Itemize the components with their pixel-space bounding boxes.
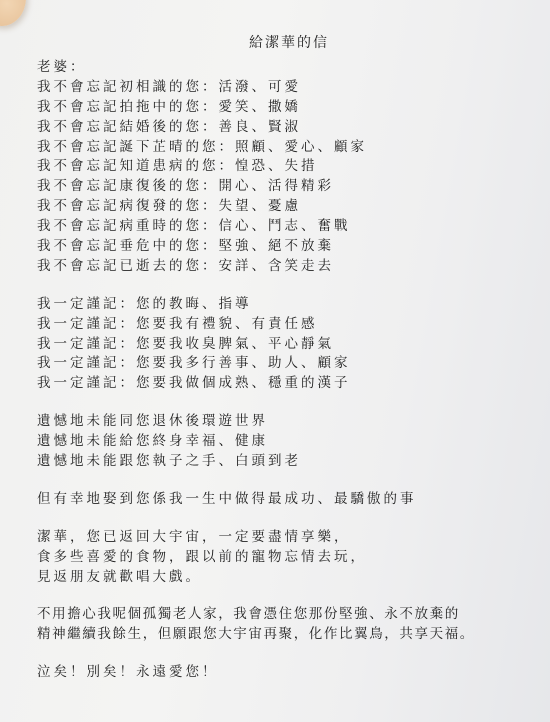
paragraph-gap	[37, 645, 542, 663]
paragraph-gap	[37, 472, 542, 490]
regret-line: 遺憾地未能同您退休後環遊世界	[37, 412, 542, 432]
remember-line: 我不會忘記結婚後的您：善良、賢淑	[37, 118, 542, 138]
wish-line: 潔華，您已返回大宇宙，一定要盡情享樂，	[37, 528, 542, 548]
paragraph-gap	[37, 394, 542, 412]
promise-section: 不用擔心我呢個孤獨老人家，我會憑住您那份堅強、永不放棄的 精神繼續我餘生，但願跟…	[37, 605, 542, 645]
fortune-line: 但有幸地娶到您係我一生中做得最成功、最驕傲的事	[37, 490, 542, 510]
remember-line: 我不會忘記康復後的您：開心、活得精彩	[37, 177, 542, 197]
wish-line: 見返朋友就歡唱大戲。	[37, 568, 542, 588]
remember-section: 我不會忘記初相識的您：活潑、可愛 我不會忘記拍拖中的您：愛笑、撒嬌 我不會忘記結…	[37, 78, 542, 277]
remember-line: 我不會忘記已逝去的您：安詳、含笑走去	[37, 257, 542, 277]
remember-line: 我不會忘記垂危中的您：堅強、絕不放棄	[37, 237, 542, 257]
remember-line: 我不會忘記誕下芷晴的您：照顧、愛心、顧家	[37, 138, 542, 158]
paragraph-gap	[37, 277, 542, 295]
paragraph-gap	[37, 510, 542, 528]
fingertip-image	[0, 0, 26, 26]
vow-line: 我一定謹記：您要我收臭脾氣、平心靜氣	[37, 335, 542, 355]
regret-line: 遺憾地未能給您終身幸福、健康	[37, 432, 542, 452]
remember-line: 我不會忘記知道患病的您：惶恐、失措	[37, 157, 542, 177]
wish-section: 潔華，您已返回大宇宙，一定要盡情享樂， 食多些喜愛的食物，跟以前的寵物忘情去玩，…	[37, 528, 542, 588]
remember-line: 我不會忘記病復發的您：失望、憂慮	[37, 197, 542, 217]
vow-section: 我一定謹記：您的教晦、指導 我一定謹記：您要我有禮貌、有責任感 我一定謹記：您要…	[37, 295, 542, 394]
remember-line: 我不會忘記初相識的您：活潑、可愛	[37, 78, 542, 98]
paragraph-gap	[37, 587, 542, 605]
letter-title: 給潔華的信	[0, 32, 550, 52]
regret-line: 遺憾地未能跟您執子之手、白頭到老	[37, 452, 542, 472]
regret-section: 遺憾地未能同您退休後環遊世界 遺憾地未能給您終身幸福、健康 遺憾地未能跟您執子之…	[37, 412, 542, 472]
vow-line: 我一定謹記：您要我有禮貌、有責任感	[37, 315, 542, 335]
closing-line: 泣矣！別矣！永遠愛您！	[37, 663, 542, 683]
wish-line: 食多些喜愛的食物，跟以前的寵物忘情去玩，	[37, 548, 542, 568]
vow-line: 我一定謹記：您要我做個成熟、穩重的漢子	[37, 374, 542, 394]
promise-line: 不用擔心我呢個孤獨老人家，我會憑住您那份堅強、永不放棄的	[37, 605, 542, 625]
salutation: 老婆：	[37, 58, 542, 78]
promise-line: 精神繼續我餘生，但願跟您大宇宙再聚，化作比翼鳥，共享天福。	[37, 625, 542, 645]
vow-line: 我一定謹記：您的教晦、指導	[37, 295, 542, 315]
vow-line: 我一定謹記：您要我多行善事、助人、顧家	[37, 354, 542, 374]
remember-line: 我不會忘記病重時的您：信心、鬥志、奮戰	[37, 217, 542, 237]
remember-line: 我不會忘記拍拖中的您：愛笑、撒嬌	[37, 98, 542, 118]
letter-body: 老婆： 我不會忘記初相識的您：活潑、可愛 我不會忘記拍拖中的您：愛笑、撒嬌 我不…	[37, 58, 542, 683]
letter-paper: 給潔華的信 老婆： 我不會忘記初相識的您：活潑、可愛 我不會忘記拍拖中的您：愛笑…	[0, 0, 550, 722]
